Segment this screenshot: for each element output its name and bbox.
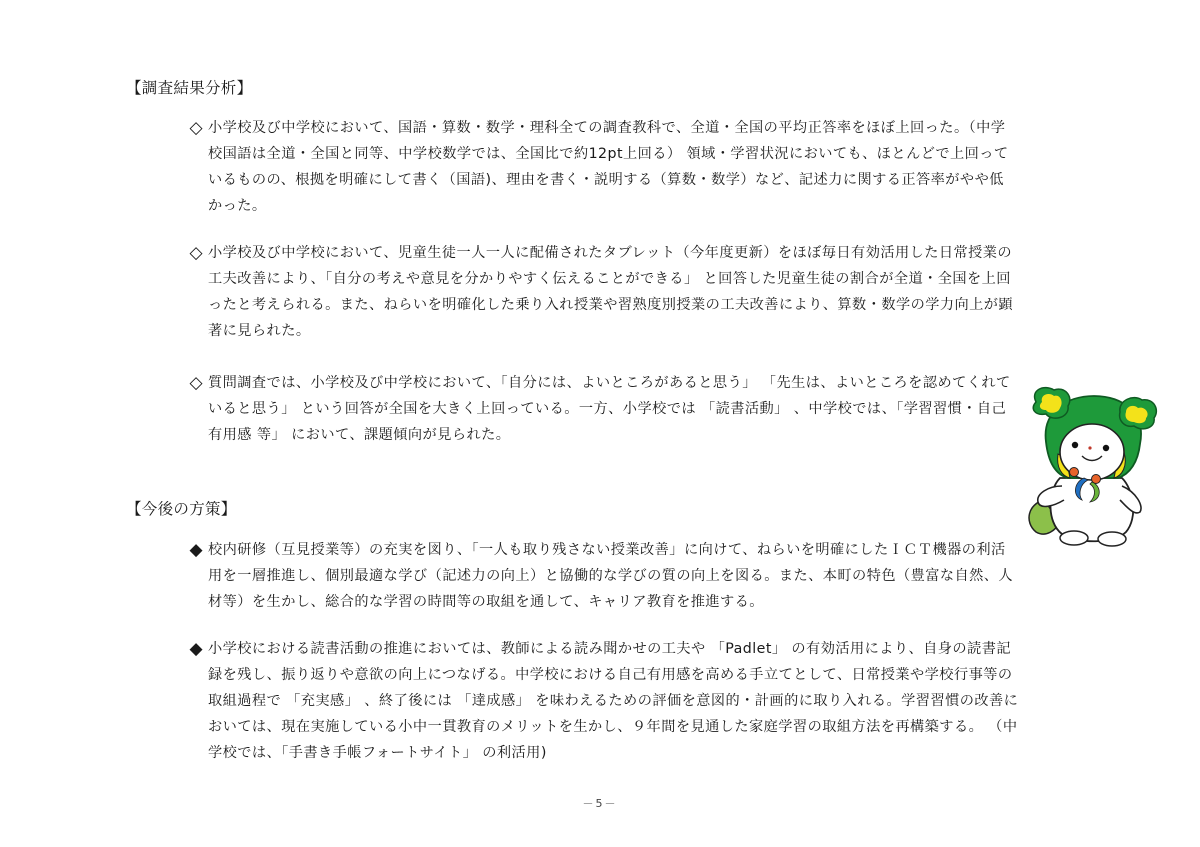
hollow-diamond-bullet-icon: ◇ bbox=[186, 370, 206, 396]
text-line: いるものの、根拠を明確にして書く（国語)、理由を書く・説明する（算数・数学）など… bbox=[208, 167, 1031, 193]
text-line: 小学校及び中学校において、児童生徒一人一人に配備されたタブレット（今年度更新）を… bbox=[208, 240, 1031, 266]
page-number: －5－ bbox=[0, 795, 1200, 811]
text-line: 工夫改善により、「自分の考えや意見を分かりやすく伝えることができる」 と回答した… bbox=[208, 266, 1031, 292]
text-line: おいては、現在実施している小中一貫教育のメリットを生かし、９年間を見通した家庭学… bbox=[208, 714, 1031, 740]
filled-diamond-bullet-icon: ◆ bbox=[186, 537, 206, 563]
text-line: 学校では、「手書き手帳フォートサイト」 の利活用) bbox=[208, 740, 1031, 766]
text-line: 小学校における読書活動の推進においては、教師による読み聞かせの工夫や 「Padl… bbox=[208, 636, 1031, 662]
measure-item-1: ◆ 校内研修（互見授業等）の充実を図り、「一人も取り残さない授業改善」に向けて、… bbox=[186, 537, 1031, 615]
section-heading-analysis: 【調査結果分析】 bbox=[126, 78, 252, 98]
text-line: 録を残し、振り返りや意欲の向上につなげる。中学校における自己有用感を高める手立て… bbox=[208, 662, 1031, 688]
filled-diamond-bullet-icon: ◆ bbox=[186, 636, 206, 662]
text-line: 材等）を生かし、総合的な学習の時間等の取組を通して、キャリア教育を推進する。 bbox=[208, 589, 1031, 615]
analysis-item-1: ◇ 小学校及び中学校において、国語・算数・数学・理科全ての調査教科で、全道・全国… bbox=[186, 115, 1031, 219]
section-heading-future-measures: 【今後の方策】 bbox=[126, 499, 237, 519]
mascot-illustration bbox=[1022, 382, 1168, 548]
text-line: 質問調査では、小学校及び中学校において、「自分には、よいところがあると思う」 「… bbox=[208, 370, 1031, 396]
text-line: ったと考えられる。また、ねらいを明確化した乗り入れ授業や習熟度別授業の工夫改善に… bbox=[208, 292, 1031, 318]
hollow-diamond-bullet-icon: ◇ bbox=[186, 240, 206, 266]
document-page: 【調査結果分析】 ◇ 小学校及び中学校において、国語・算数・数学・理科全ての調査… bbox=[0, 0, 1200, 847]
analysis-item-2: ◇ 小学校及び中学校において、児童生徒一人一人に配備されたタブレット（今年度更新… bbox=[186, 240, 1031, 344]
text-line: 小学校及び中学校において、国語・算数・数学・理科全ての調査教科で、全道・全国の平… bbox=[208, 115, 1031, 141]
text-line: 用を一層推進し、個別最適な学び（記述力の向上）と協働的な学びの質の向上を図る。ま… bbox=[208, 563, 1031, 589]
text-line: 有用感 等」 において、課題傾向が見られた。 bbox=[208, 422, 1031, 448]
hollow-diamond-bullet-icon: ◇ bbox=[186, 115, 206, 141]
text-line: かった。 bbox=[208, 193, 1031, 219]
text-line: 校国語は全道・全国と同等、中学校数学では、全国比で約12pt上回る） 領域・学習… bbox=[208, 141, 1031, 167]
text-line: 著に見られた。 bbox=[208, 318, 1031, 344]
text-line: 校内研修（互見授業等）の充実を図り、「一人も取り残さない授業改善」に向けて、ねら… bbox=[208, 537, 1031, 563]
text-line: いると思う」 という回答が全国を大きく上回っている。一方、小学校では 「読書活動… bbox=[208, 396, 1031, 422]
measure-item-2: ◆ 小学校における読書活動の推進においては、教師による読み聞かせの工夫や 「Pa… bbox=[186, 636, 1031, 766]
text-line: 取組過程で 「充実感」 、終了後には 「達成感」 を味わえるための評価を意図的・… bbox=[208, 688, 1031, 714]
analysis-item-3: ◇ 質問調査では、小学校及び中学校において、「自分には、よいところがあると思う」… bbox=[186, 370, 1031, 448]
